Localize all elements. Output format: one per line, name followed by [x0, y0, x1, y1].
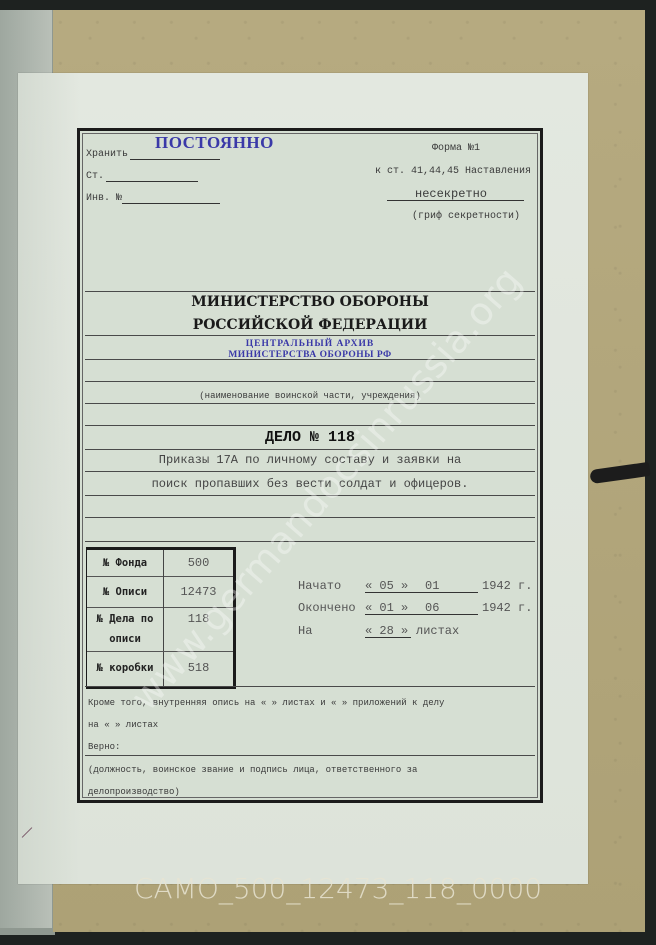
started-month: 01 [425, 579, 439, 593]
inventory-line1: Кроме того, внутренняя опись на « » лист… [88, 698, 444, 708]
form-reference: к ст. 41,44,45 Наставления [375, 166, 531, 177]
form-number: Форма №1 [432, 143, 480, 154]
storage-stamp: ПОСТОЯННО [155, 133, 274, 153]
st-underline [106, 181, 198, 182]
rule-line [85, 381, 535, 382]
ended-underline [365, 614, 478, 615]
inv-label: Инв. № [86, 193, 122, 204]
archive-reference-table: № Фонда 500 № Описи 12473 № Дела по опис… [86, 547, 236, 689]
storage-underline [130, 159, 220, 160]
delo-label: № Дела по [87, 608, 163, 628]
rule-line [85, 449, 535, 450]
rule-line [85, 291, 535, 292]
ended-month: 06 [425, 601, 439, 615]
responsible-line1: (должность, воинское звание и подпись ли… [88, 765, 417, 775]
rule-line [85, 471, 535, 472]
box-label: № коробки [87, 652, 163, 686]
ended-day: « 01 » [365, 601, 408, 615]
st-label: Ст. [86, 171, 104, 182]
rule-line [85, 755, 535, 756]
started-year: 1942 г. [482, 579, 532, 593]
storage-label: Хранить [86, 149, 128, 160]
rule-line [85, 495, 535, 496]
fond-label: № Фонда [87, 550, 164, 576]
rule-line [85, 541, 535, 542]
opis-label: № Описи [87, 577, 164, 607]
form-frame: Хранить ПОСТОЯННО Ст. Инв. № Форма №1 к … [77, 128, 543, 803]
sheets-label: На [298, 624, 312, 638]
secrecy-caption: (гриф секретности) [412, 211, 520, 222]
verified-label: Верно: [88, 742, 120, 752]
rule-line [85, 403, 535, 404]
started-day: « 05 » [365, 579, 408, 593]
ended-year: 1942 г. [482, 601, 532, 615]
case-description-line1: Приказы 17А по личному составу и заявки … [80, 453, 540, 467]
fond-value: 500 [164, 550, 233, 576]
secrecy-value: несекретно [415, 187, 487, 201]
opis-value: 12473 [164, 577, 233, 607]
paper-fold-shade [18, 73, 80, 884]
rule-line [85, 425, 535, 426]
started-underline [365, 592, 478, 593]
sheets-suffix: листах [416, 624, 459, 638]
secrecy-underline [387, 200, 524, 201]
delo-value: 118 [164, 608, 233, 630]
started-label: Начато [298, 579, 341, 593]
case-description-line2: поиск пропавших без вести солдат и офице… [80, 477, 540, 491]
rule-line [85, 517, 535, 518]
case-title: ДЕЛО № 118 [80, 429, 540, 446]
responsible-line2: делопроизводство) [88, 787, 180, 797]
ministry-line2: РОССИЙСКОЙ ФЕДЕРАЦИИ [80, 317, 540, 333]
ended-label: Окончено [298, 601, 356, 615]
inv-underline [122, 203, 220, 204]
image-caption: CAMO_500_12473_118_0000 [134, 872, 542, 905]
inventory-line2: на « » листах [88, 720, 158, 730]
ministry-line1: МИНИСТЕРСТВО ОБОРОНЫ [80, 294, 540, 310]
box-value: 518 [164, 652, 233, 684]
sheets-underline [365, 637, 411, 638]
unit-caption: (наименование воинской части, учреждения… [80, 391, 540, 401]
archive-stamp-line2: МИНИСТЕРСТВА ОБОРОНЫ РФ [80, 350, 540, 360]
archive-stamp-line1: ЦЕНТРАЛЬНЫЙ АРХИВ [80, 339, 540, 349]
delo-label-line2: описи [87, 628, 163, 650]
sheets-count: « 28 » [365, 624, 408, 638]
rule-line [85, 335, 535, 336]
rule-line [85, 686, 535, 687]
